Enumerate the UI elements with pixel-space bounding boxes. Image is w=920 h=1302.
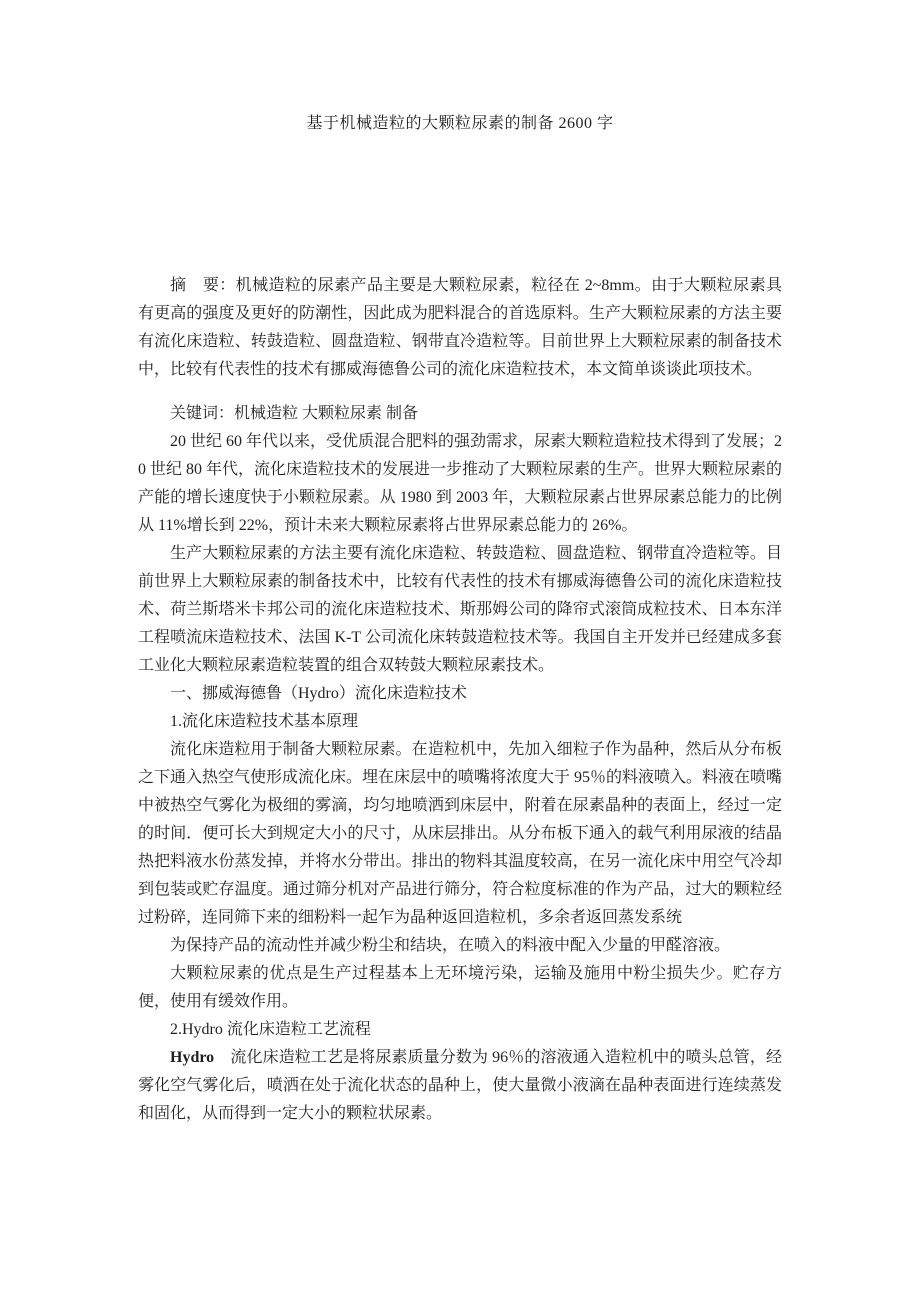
process-flow-paragraph: Hydro 流化床造粒工艺是将尿素质量分数为 96％的溶液通入造粒机中的喷头总管…	[138, 1044, 782, 1128]
formaldehyde-note-paragraph: 为保持产品的流动性并减少粉尘和结块，在喷入的料液中配入少量的甲醛溶液。	[138, 932, 782, 960]
production-methods-paragraph: 生产大颗粒尿素的方法主要有流化床造粒、转鼓造粒、圆盘造粒、钢带直冷造粒等。目前世…	[138, 540, 782, 680]
subsection-1-2-heading: 2.Hydro 流化床造粒工艺流程	[138, 1016, 782, 1044]
history-paragraph: 20 世纪 60 年代以来，受优质混合肥料的强劲需求，尿素大颗粒造粒技术得到了发…	[138, 428, 782, 540]
subsection-1-1-heading: 1.流化床造粒技术基本原理	[138, 708, 782, 736]
process-flow-text: 流化床造粒工艺是将尿素质量分数为 96％的溶液通入造粒机中的喷头总管，经雾化空气…	[138, 1049, 782, 1122]
document-page: 基于机械造粒的大颗粒尿素的制备 2600 字 摘 要：机械造粒的尿素产品主要是大…	[0, 0, 920, 1302]
principle-paragraph: 流化床造粒用于制备大颗粒尿素。在造粒机中，先加入细粒子作为晶种，然后从分布板之下…	[138, 736, 782, 932]
hydro-lead-word: Hydro	[170, 1049, 214, 1066]
advantages-paragraph: 大颗粒尿素的优点是生产过程基本上无环境污染，运输及施用中粉尘损失少。贮存方便，使…	[138, 960, 782, 1016]
section-1-heading: 一、挪威海德鲁（Hydro）流化床造粒技术	[138, 680, 782, 708]
abstract-paragraph: 摘 要：机械造粒的尿素产品主要是大颗粒尿素，粒径在 2~8mm。由于大颗粒尿素具…	[138, 272, 782, 384]
keywords-paragraph: 关键词：机械造粒 大颗粒尿素 制备	[138, 400, 782, 428]
document-title: 基于机械造粒的大颗粒尿素的制备 2600 字	[138, 110, 782, 138]
document-body: 摘 要：机械造粒的尿素产品主要是大颗粒尿素，粒径在 2~8mm。由于大颗粒尿素具…	[138, 272, 782, 1128]
